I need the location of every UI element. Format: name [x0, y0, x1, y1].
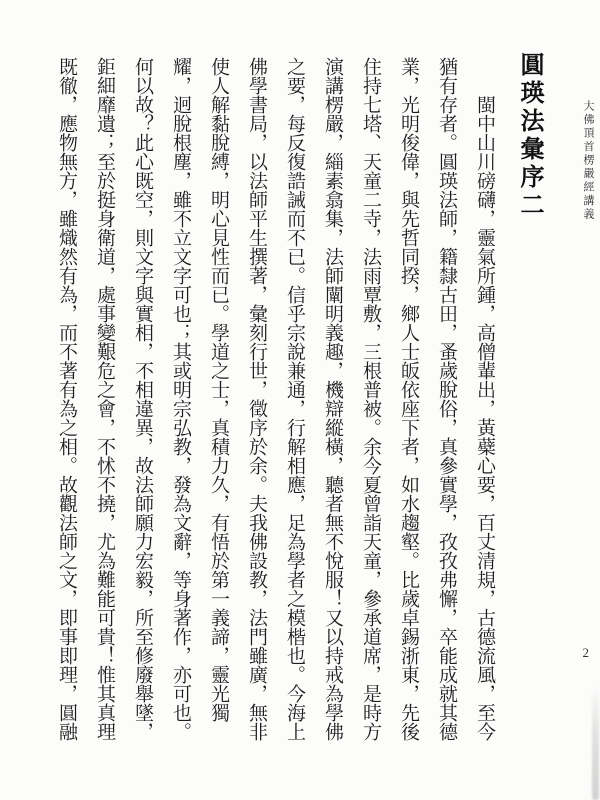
- preface-title: 圓瑛法彙序二: [503, 52, 555, 768]
- preface-text-block: 圓瑛法彙序二 閩中山川磅礴，靈氣所鍾，高僧輩出，黃蘗心要，百丈清規，古德流風，至…: [47, 52, 555, 768]
- text-column: 閩中山川磅礴，靈氣所鍾，高僧輩出，黃蘗心要，百丈清規，古德流風，至今: [465, 52, 503, 768]
- text-column: 猶有存者。圓瑛法師，籍隸古田，蚤歲脫俗，真參實學，孜孜弗懈，卒能成就其德: [427, 52, 465, 768]
- text-column: 住持七塔、天童二寺，法雨覃敷，三根普被。余今夏曾詣天童，參承道席，是時方: [351, 52, 389, 768]
- text-column: 鉅細靡遺；至於挺身衛道，處事變艱危之會，不怵不撓，尤為難能可貴！惟其真理: [85, 52, 123, 768]
- text-column: 佛學書局，以法師平生撰著，彙刻行世，徵序於余。夫我佛設教，法門雖廣，無非: [237, 52, 275, 768]
- text-column: 何以故？此心既空，則文字與實相，不相違異，故法師願力宏毅，所至修廢舉墜，: [123, 52, 161, 768]
- text-column: 使人解黏脫縛，明心見性而已。學道之士，真積力久，有悟於第一義諦，靈光獨: [199, 52, 237, 768]
- text-column: 既徹，應物無方，雖熾然有為，而不著有為之相。故觀法師之文，即事即理，圓融: [47, 52, 85, 768]
- book-page: 圓瑛法彙序二 閩中山川磅礴，靈氣所鍾，高僧輩出，黃蘗心要，百丈清規，古德流風，至…: [0, 0, 600, 800]
- text-column: 演講楞嚴，緇素翕集，法師闡明義趣，機辯縱橫，聽者無不悅服！又以持戒為學佛: [313, 52, 351, 768]
- running-head-book-title: 大佛頂首楞嚴經講義: [580, 100, 596, 222]
- spine-shadow-artifact: [592, 685, 599, 800]
- text-column: 耀，迥脫根塵，雖不立文字可也；其或明宗弘教，發為文辭，等身著作，亦可也。: [161, 52, 199, 768]
- text-column: 業，光明俊偉，與先哲同揆，鄉人士皈依座下者，如水趨壑。比歲卓錫浙東，先後: [389, 52, 427, 768]
- text-column: 之要，每反復誥誡而不已。信乎宗說兼通，行解相應，足為學者之模楷也。今海上: [275, 52, 313, 768]
- page-number: 2: [583, 645, 590, 661]
